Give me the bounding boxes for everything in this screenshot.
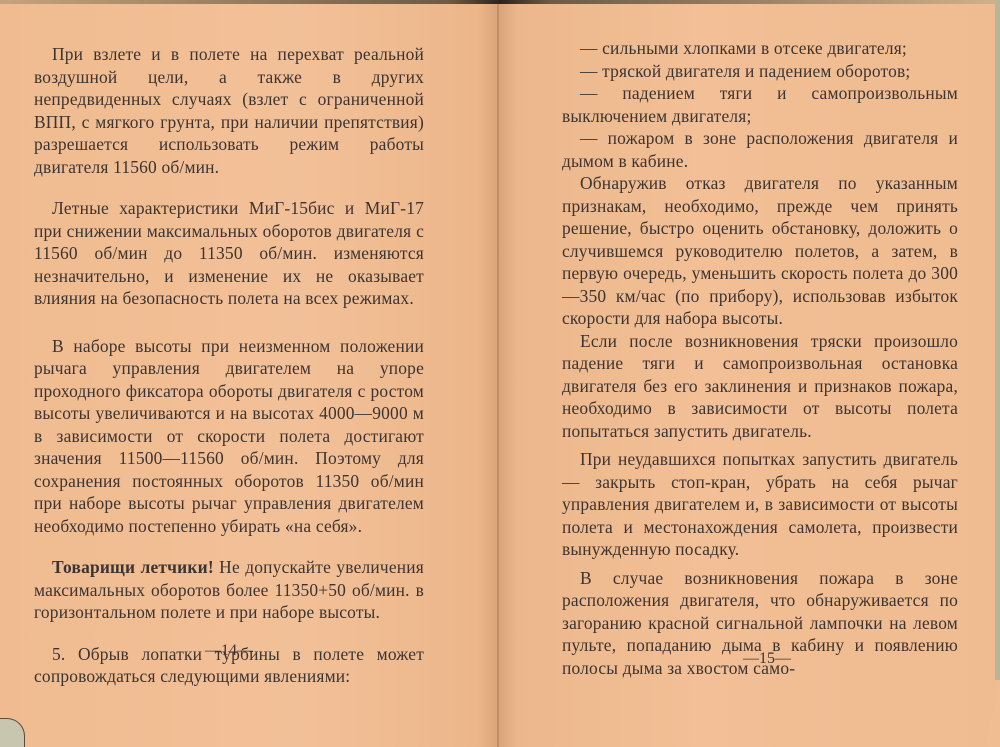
paragraph-restart-engine: Если после возникновения тряски произошл…	[562, 330, 958, 443]
right-page-text: — сильными хлопками в отсеке двигателя; …	[562, 37, 958, 679]
list-item: — пожаром в зоне расположения двигателя …	[562, 127, 958, 172]
book-spread: При взлете и в полете на перехват реальн…	[0, 0, 1000, 747]
paragraph-failure-actions: Обнаружив отказ двигателя по указанным п…	[562, 172, 958, 330]
left-page-text: При взлете и в полете на перехват реальн…	[34, 43, 424, 688]
list-item: — падением тяги и самопроизвольным выклю…	[562, 82, 958, 127]
right-edge	[995, 0, 1000, 680]
list-item: — сильными хлопками в отсеке двигателя;	[562, 37, 958, 60]
list-item: — тряской двигателя и падением оборотов;	[562, 60, 958, 83]
paragraph-climb-rpm: В наборе высоты при неизменном положении…	[34, 335, 424, 538]
top-edge-shadow	[0, 0, 1000, 4]
left-page: При взлете и в полете на перехват реальн…	[0, 0, 498, 747]
page-number-left: —14—	[189, 642, 269, 660]
paragraph-forced-landing: При неудавшихся попытках запустить двига…	[562, 448, 958, 561]
paragraph-takeoff-intercept: При взлете и в полете на перехват реальн…	[34, 43, 424, 178]
paragraph-pilot-warning: Товарищи летчики! Не допускайте увеличен…	[34, 556, 424, 624]
paragraph-flight-characteristics: Летные характеристики МиГ-15бис и МиГ-17…	[34, 197, 424, 310]
book-spine	[497, 0, 499, 747]
page-number-right: —15—	[727, 650, 807, 668]
right-page: — сильными хлопками в отсеке двигателя; …	[498, 0, 1000, 747]
warning-lead: Товарищи летчики!	[52, 557, 214, 577]
